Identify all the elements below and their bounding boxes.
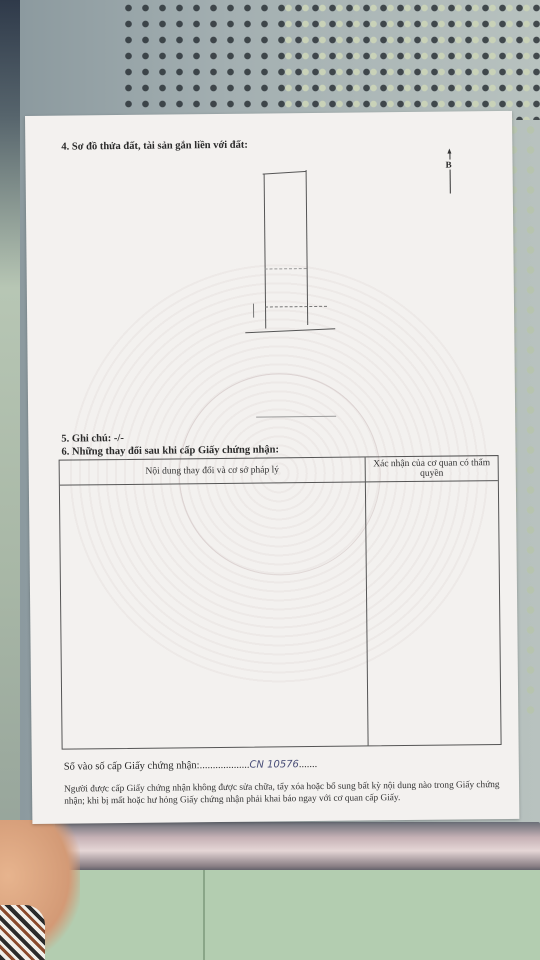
registration-number-line: Số vào số cấp Giấy chứng nhận:..........… [64,759,318,773]
registration-label: Số vào số cấp Giấy chứng nhận: [64,760,200,772]
certificate-warning-note: Người được cấp Giấy chứng nhận không đượ… [64,779,504,808]
section-4-title: 4. Sơ đồ thửa đất, tài sản gắn liền với … [61,140,248,153]
section-6-title: 6. Những thay đổi sau khi cấp Giấy chứng… [61,444,279,457]
north-label: B [444,160,452,170]
reflective-shelf-edge [55,822,540,874]
sleeve [0,905,45,960]
north-arrow-icon [449,152,450,194]
changes-table: Nội dung thay đổi và cơ sở pháp lý Xác n… [59,455,502,750]
column-header-authority-confirmation: Xác nhận của cơ quan có thẩm quyền [366,458,498,479]
section-5-notes: 5. Ghi chú: -/- [61,433,124,445]
plot-top-boundary [263,171,307,175]
land-certificate-page: 4. Sơ đồ thửa đất, tài sản gắn liền với … [25,111,519,824]
table-column-divider [365,457,369,745]
registration-dots: ................... [200,760,250,772]
column-header-change-content: Nội dung thay đổi và cơ sở pháp lý [60,464,365,477]
registration-number-handwritten: CN 10576 [249,759,299,771]
setback-dashed-line [265,306,327,308]
plot-left-boundary [264,173,267,328]
table-header-divider [60,480,498,486]
plot-bottom-road-line [245,328,335,333]
dimension-marker [253,304,254,318]
plot-diagram [175,157,378,409]
perforated-metal-pattern-light [280,0,540,120]
plot-right-boundary [306,170,309,325]
inner-dashed-line [265,268,307,269]
registration-dots-after: ....... [299,759,317,770]
background-left-edge [0,0,20,960]
floor-seam [203,870,205,960]
floor-background [0,870,540,960]
